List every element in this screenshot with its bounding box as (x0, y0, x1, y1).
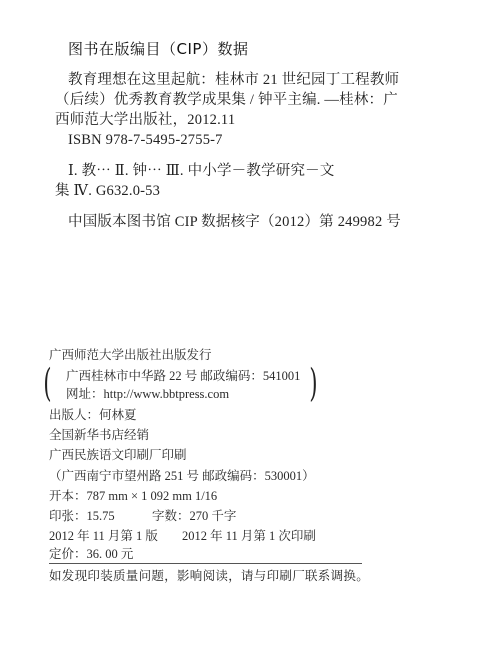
word-count: 字数：270 千字 (152, 508, 236, 525)
publisher-website: 网址：http://www.bbtpress.com (66, 386, 229, 403)
copyright-page: 图书在版编目（CIP）数据 教育理想在这里起航：桂林市 21 世纪园丁工程教师 … (0, 0, 500, 653)
publisher-issuer: 广西师范大学出版社出版发行 (49, 347, 212, 364)
publisher-person: 出版人：何林夏 (49, 407, 137, 424)
cip-title: 图书在版编目（CIP）数据 (68, 38, 248, 59)
price: 定价：36. 00 元 (49, 546, 133, 563)
cip-line-2: （后续）优秀教育教学成果集 / 钟平主编. —桂林：广 (55, 90, 398, 110)
printer: 广西民族语文印刷厂印刷 (49, 447, 187, 464)
format: 开本：787 mm × 1 092 mm 1/16 (49, 488, 217, 505)
classification-line-2: 集 Ⅳ. G632.0-53 (55, 181, 160, 201)
distributor: 全国新华书店经销 (49, 427, 149, 444)
cip-line-3: 西师范大学出版社，2012.11 (55, 110, 235, 130)
cip-line-1: 教育理想在这里起航：桂林市 21 世纪园丁工程教师 (68, 70, 399, 90)
divider-rule (49, 563, 362, 564)
publisher-address: 广西桂林市中华路 22 号 邮政编码：541001 (66, 368, 300, 385)
edition: 2012 年 11 月第 1 版 (49, 528, 158, 545)
classification-line-1: Ⅰ. 教⋯ Ⅱ. 钟⋯ Ⅲ. 中小学－教学研究－文 (68, 161, 335, 181)
printer-address: （广西南宁市望州路 251 号 邮政编码：530001） (49, 468, 315, 485)
quality-notice: 如发现印装质量问题，影响阅读，请与印刷厂联系调换。 (49, 566, 369, 584)
isbn: ISBN 978-7-5495-2755-7 (68, 130, 223, 150)
sheets: 印张：15.75 (49, 508, 115, 525)
cip-record-number: 中国版本图书馆 CIP 数据核字（2012）第 249982 号 (68, 212, 401, 232)
right-bracket: ) (309, 364, 317, 402)
printing: 2012 年 11 月第 1 次印刷 (182, 528, 316, 545)
left-bracket: ( (43, 364, 51, 402)
